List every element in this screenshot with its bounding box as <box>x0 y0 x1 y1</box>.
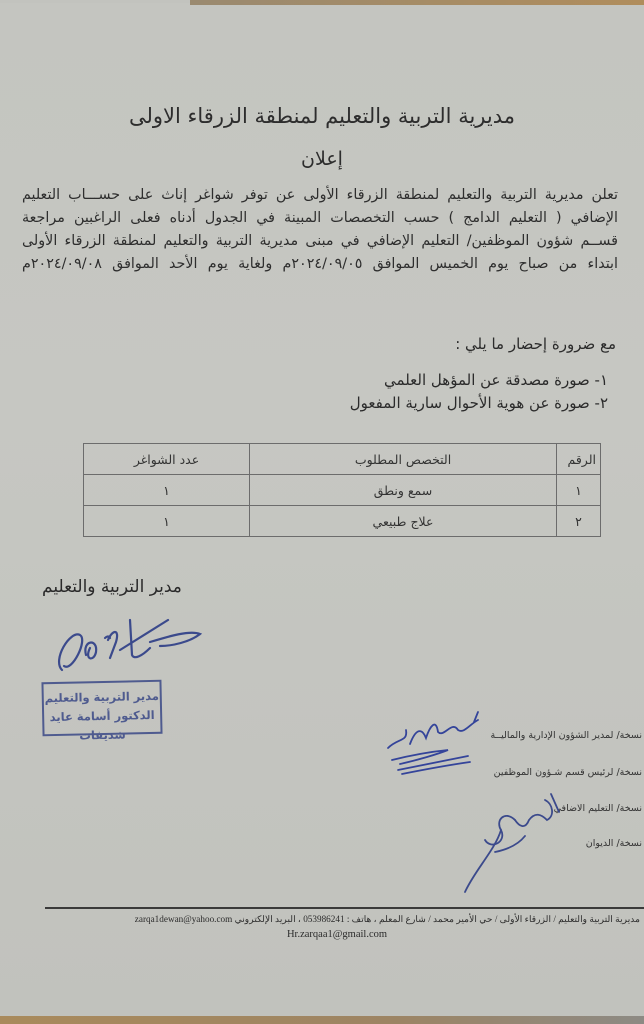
body-line: ابتداء من صباح يوم الخميس الموافق ٢٠٢٤/٠… <box>22 253 618 276</box>
cell-vacancy-count: ١ <box>84 475 250 506</box>
header-number: الرقم <box>557 444 601 475</box>
requirement-item: ٢- صورة عن هوية الأحوال سارية المفعول <box>350 392 608 415</box>
table-surface-top <box>190 0 644 5</box>
body-line: قســم شؤون الموظفين/ التعليم الإضافي في … <box>22 230 618 253</box>
copy-recipient: نسخة/ لمدير الشؤون الإدارية والماليــة <box>490 730 642 741</box>
header-specialty: التخصص المطلوب <box>250 444 557 475</box>
table-row: ٢ علاج طبيعي ١ <box>84 506 601 537</box>
footer-address: مديرية التربية والتعليم / الزرقاء الأولى… <box>0 914 642 925</box>
vacancies-table: الرقم التخصص المطلوب عدد الشواغر ١ سمع و… <box>83 443 601 537</box>
cell-vacancy-count: ١ <box>84 506 250 537</box>
footer-email: Hr.zarqaa1@gmail.com <box>0 929 644 940</box>
cell-specialty: علاج طبيعي <box>250 506 557 537</box>
announcement-body: تعلن مديرية التربية والتعليم لمنطقة الزر… <box>22 184 618 276</box>
body-line: تعلن مديرية التربية والتعليم لمنطقة الزر… <box>22 184 618 207</box>
table-header-row: الرقم التخصص المطلوب عدد الشواغر <box>84 444 601 475</box>
cell-number: ٢ <box>557 506 601 537</box>
header-vacancy-count: عدد الشواغر <box>84 444 250 475</box>
handwritten-approval-icon <box>455 790 565 900</box>
body-line: الإضافي ( التعليم الدامج ) حسب التخصصات … <box>22 207 618 230</box>
table-surface-bottom <box>0 1016 644 1024</box>
stamp-title: مدير التربية والتعليم <box>44 687 160 708</box>
copy-recipient: نسخة/ التعليم الاضافي <box>554 803 642 814</box>
table-row: ١ سمع ونطق ١ <box>84 475 601 506</box>
cell-specialty: سمع ونطق <box>250 475 557 506</box>
document-header-title: مديرية التربية والتعليم لمنطقة الزرقاء ا… <box>0 104 644 128</box>
director-signature-icon <box>50 600 210 680</box>
stamp-name: الدكتور أسامة عايد شديفات <box>44 706 161 746</box>
signatory-title: مدير التربية والتعليم <box>42 577 182 597</box>
copy-recipient: نسخة/ لرئيس قسم شـؤون الموظفين <box>494 767 642 778</box>
requirements-list: ١- صورة مصدقة عن المؤهل العلمي ٢- صورة ع… <box>350 369 608 415</box>
copy-recipient: نسخة/ الديوان <box>586 838 642 849</box>
official-stamp: مدير التربية والتعليم الدكتور أسامة عايد… <box>41 680 162 737</box>
requirement-item: ١- صورة مصدقة عن المؤهل العلمي <box>350 369 608 392</box>
cell-number: ١ <box>557 475 601 506</box>
announcement-title: إعلان <box>0 148 644 170</box>
handwritten-note-icon <box>378 708 493 778</box>
footer-divider <box>45 907 644 909</box>
requirements-intro: مع ضرورة إحضار ما يلي : <box>455 335 616 353</box>
